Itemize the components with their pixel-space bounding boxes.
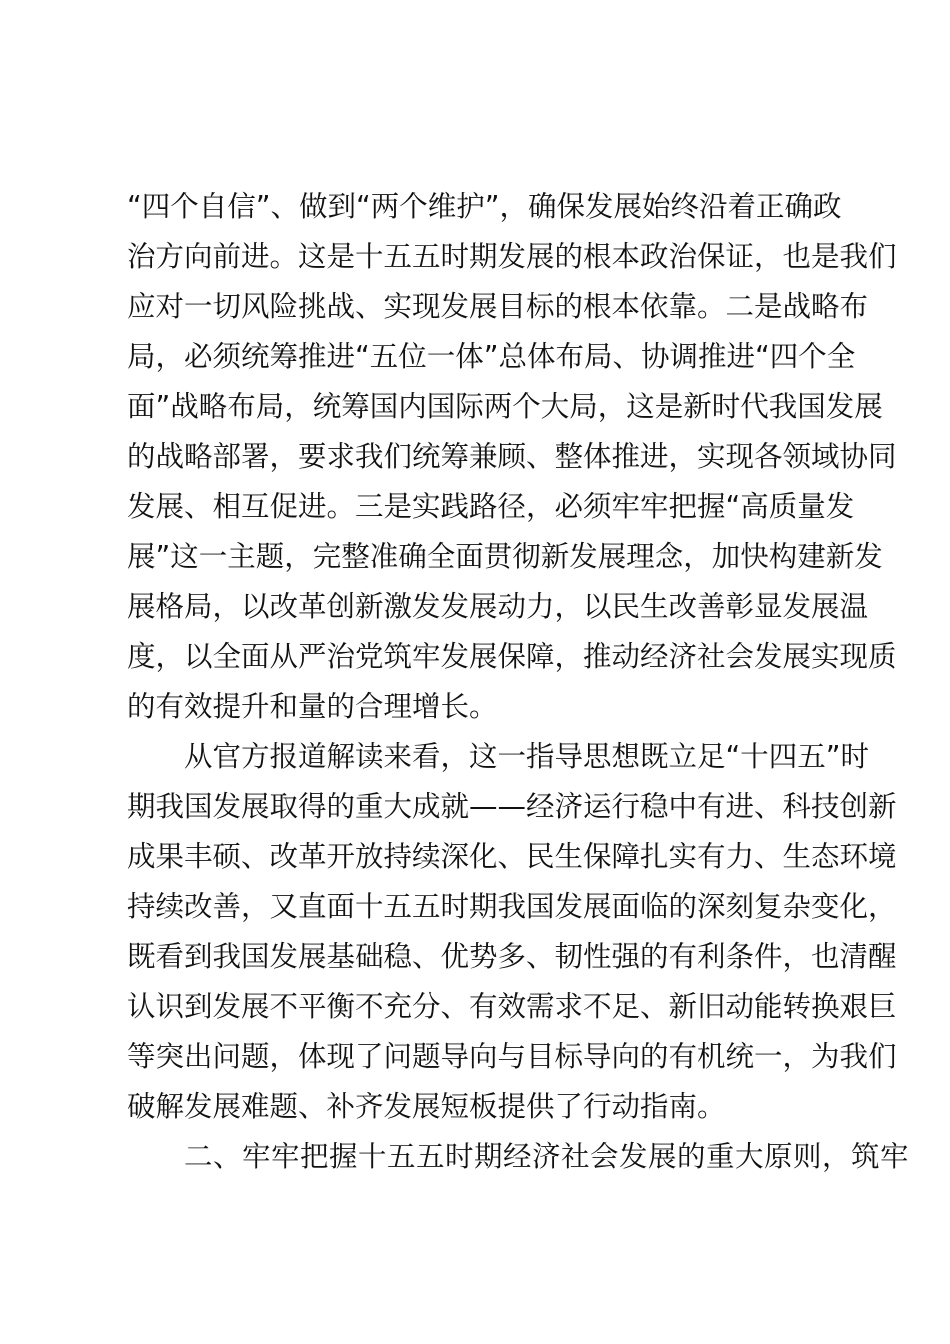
text-line: 成果丰硕、改革开放持续深化、民生保障扎实有力、生态环境 [127,832,833,882]
text-line: 展格局，以改革创新激发发展动力，以民生改善彰显发展温 [127,582,833,632]
text-line: 持续改善，又直面十五五时期我国发展面临的深刻复杂变化， [127,882,833,932]
text-line: 局，必须统筹推进“五位一体”总体布局、协调推进“四个全 [127,332,833,382]
paragraph-official-interpretation: 从官方报道解读来看，这一指导思想既立足“十四五”时 期我国发展取得的重大成就——… [127,732,833,1132]
text-line: “四个自信”、做到“两个维护”，确保发展始终沿着正确政 [127,182,833,232]
text-line: 治方向前进。这是十五五时期发展的根本政治保证，也是我们 [127,232,833,282]
paragraph-principles-continued: “四个自信”、做到“两个维护”，确保发展始终沿着正确政 治方向前进。这是十五五时… [127,182,833,732]
text-line: 破解发展难题、补齐发展短板提供了行动指南。 [127,1082,833,1132]
text-line: 期我国发展取得的重大成就——经济运行稳中有进、科技创新 [127,782,833,832]
text-line: 认识到发展不平衡不充分、有效需求不足、新旧动能转换艰巨 [127,982,833,1032]
text-line: 展”这一主题，完整准确全面贯彻新发展理念，加快构建新发 [127,532,833,582]
text-line: 的战略部署，要求我们统筹兼顾、整体推进，实现各领域协同 [127,432,833,482]
text-line: 应对一切风险挑战、实现发展目标的根本依靠。二是战略布 [127,282,833,332]
text-line: 从官方报道解读来看，这一指导思想既立足“十四五”时 [127,732,833,782]
text-line: 面”战略布局，统筹国内国际两个大局，这是新时代我国发展 [127,382,833,432]
text-line: 既看到我国发展基础稳、优势多、韧性强的有利条件，也清醒 [127,932,833,982]
text-line: 的有效提升和量的合理增长。 [127,682,833,732]
section-heading-line: 二、牢牢把握十五五时期经济社会发展的重大原则，筑牢 [127,1132,833,1182]
document-body: “四个自信”、做到“两个维护”，确保发展始终沿着正确政 治方向前进。这是十五五时… [127,182,833,1182]
section-heading: 二、牢牢把握十五五时期经济社会发展的重大原则，筑牢 [127,1132,833,1182]
document-page: “四个自信”、做到“两个维护”，确保发展始终沿着正确政 治方向前进。这是十五五时… [0,0,950,1344]
text-line: 等突出问题，体现了问题导向与目标导向的有机统一，为我们 [127,1032,833,1082]
text-line: 发展、相互促进。三是实践路径，必须牢牢把握“高质量发 [127,482,833,532]
text-line: 度，以全面从严治党筑牢发展保障，推动经济社会发展实现质 [127,632,833,682]
